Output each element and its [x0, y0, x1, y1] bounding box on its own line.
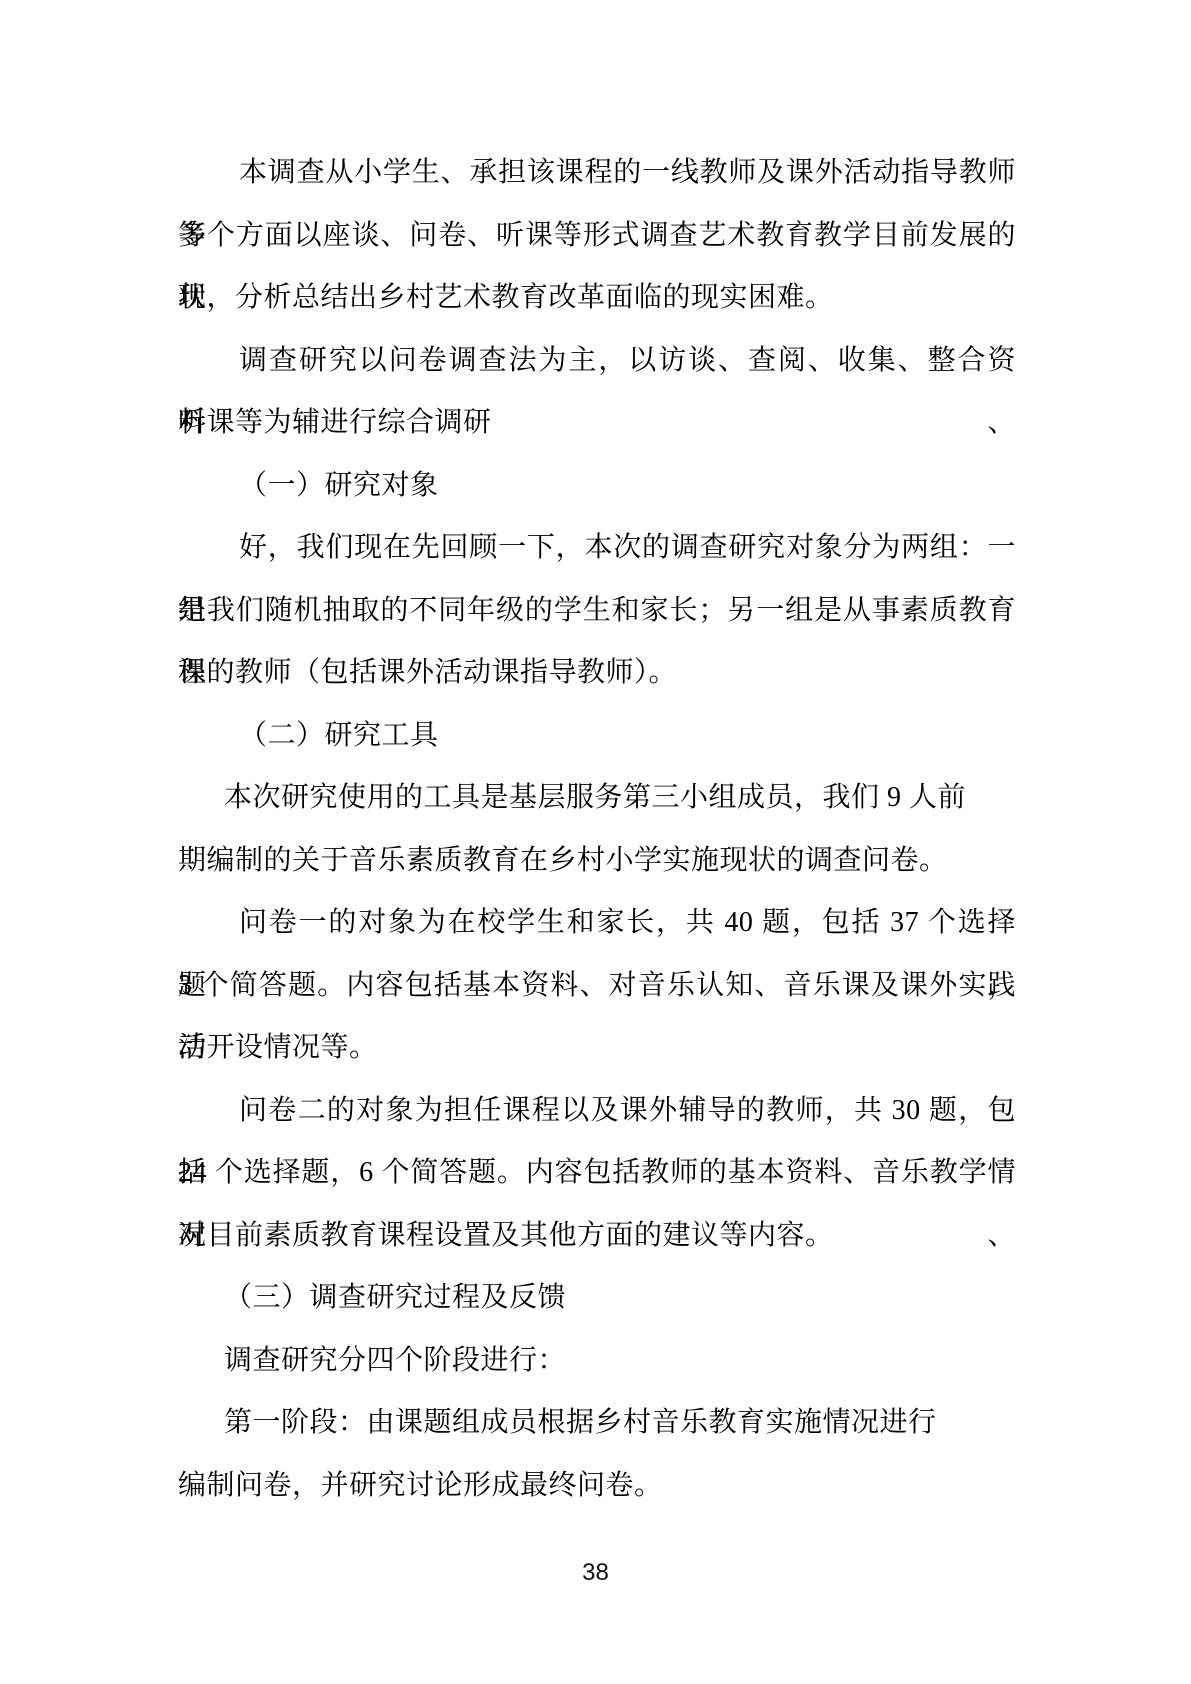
- questionnaire-2-line-2: 24 个选择题，6 个简答题。内容包括教师的基本资料、音乐教学情况、: [178, 1142, 1016, 1205]
- phases-intro-line: 调查研究分四个阶段进行：: [178, 1330, 1016, 1393]
- questionnaire-1-line-3: 动开设情况等。: [178, 1017, 1016, 1080]
- questionnaire-1-line-2: 3 个简答题。内容包括基本资料、对音乐认知、音乐课及课外实践活: [178, 955, 1016, 1018]
- section-2-heading: （二）研究工具: [178, 705, 1016, 768]
- questionnaire-1-line-1: 问卷一的对象为在校学生和家长，共 40 题，包括 37 个选择题，: [178, 892, 1016, 955]
- questionnaire-2-line-1: 问卷二的对象为担任课程以及课外辅导的教师，共 30 题，包括: [178, 1080, 1016, 1143]
- document-body: 本调查从小学生、承担该课程的一线教师及课外活动指导教师等 多个方面以座谈、问卷、…: [178, 142, 1016, 1517]
- section-1-paragraph-line-1: 好，我们现在先回顾一下，本次的调查研究对象分为两组：一组: [178, 517, 1016, 580]
- document-page: 本调查从小学生、承担该课程的一线教师及课外活动指导教师等 多个方面以座谈、问卷、…: [0, 0, 1191, 1684]
- page-number: 38: [0, 1558, 1191, 1588]
- tool-paragraph-line-1: 本次研究使用的工具是基层服务第三小组成员，我们 9 人前: [178, 767, 1016, 830]
- section-1-paragraph-line-3: 程的教师（包括课外活动课指导教师）。: [178, 642, 1016, 705]
- intro-paragraph-line-1: 本调查从小学生、承担该课程的一线教师及课外活动指导教师等: [178, 142, 1016, 205]
- tool-paragraph-line-2: 期编制的关于音乐素质教育在乡村小学实施现状的调查问卷。: [178, 830, 1016, 893]
- intro-paragraph-line-2: 多个方面以座谈、问卷、听课等形式调查艺术教育教学目前发展的现: [178, 205, 1016, 268]
- section-3-heading: （三）调查研究过程及反馈: [178, 1267, 1016, 1330]
- section-1-heading: （一）研究对象: [178, 455, 1016, 518]
- intro-paragraph-line-3: 状，分析总结出乡村艺术教育改革面临的现实困难。: [178, 267, 1016, 330]
- method-paragraph-line-1: 调查研究以问卷调查法为主，以访谈、查阅、收集、整合资料、: [178, 330, 1016, 393]
- phase-1-line-1: 第一阶段：由课题组成员根据乡村音乐教育实施情况进行: [178, 1392, 1016, 1455]
- phase-1-line-2: 编制问卷，并研究讨论形成最终问卷。: [178, 1455, 1016, 1518]
- section-1-paragraph-line-2: 是我们随机抽取的不同年级的学生和家长；另一组是从事素质教育课: [178, 580, 1016, 643]
